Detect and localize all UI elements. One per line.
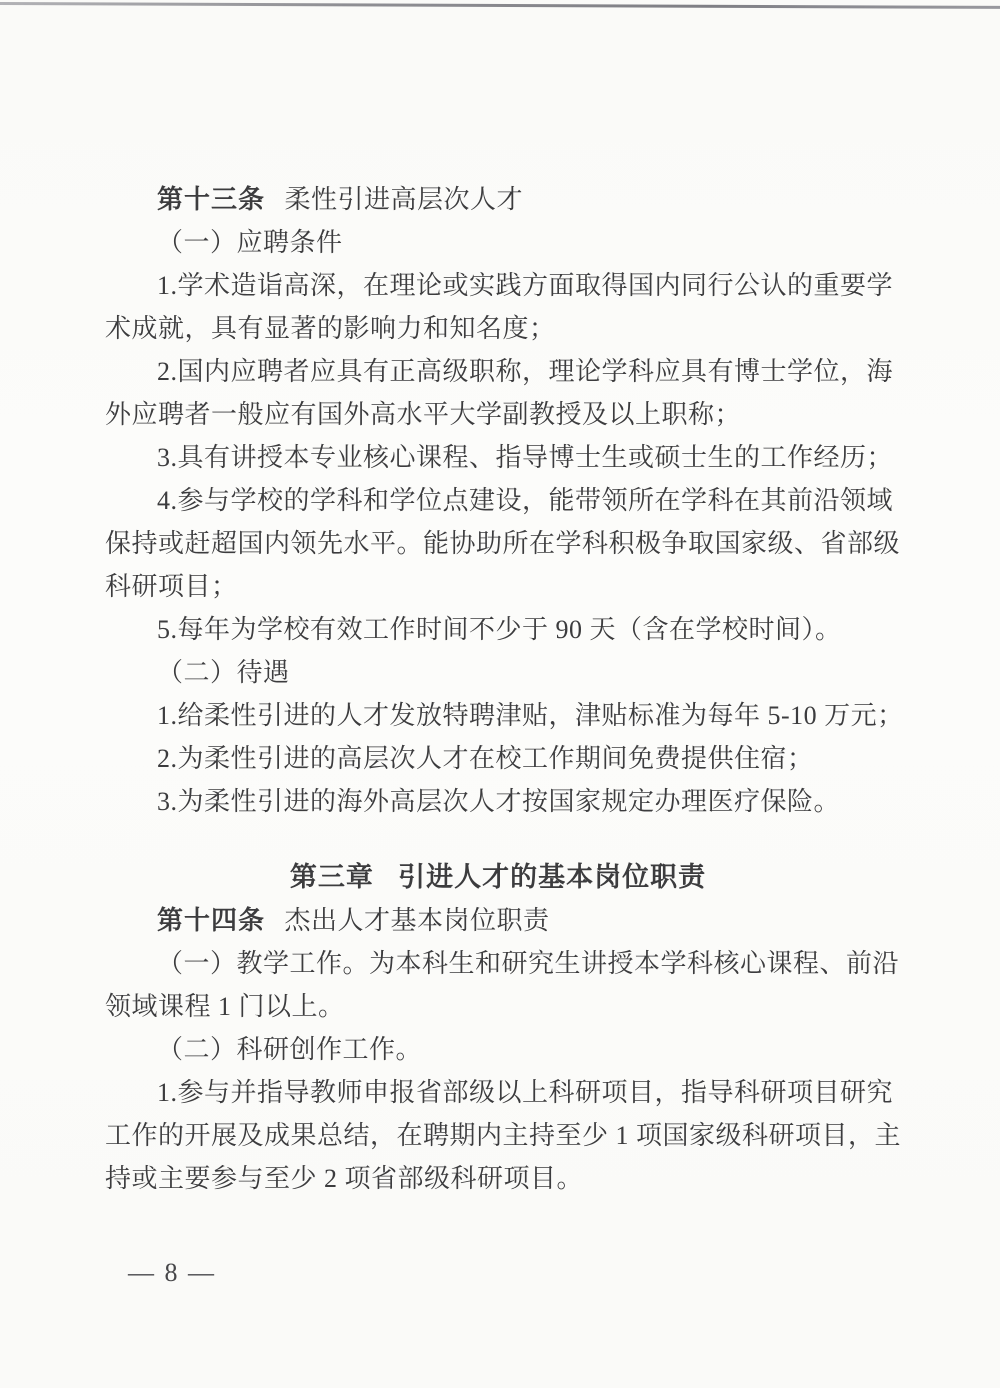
article-14-title: 杰出人才基本岗位职责 bbox=[285, 906, 550, 935]
duty-2-item-1-line-2: 工作的开展及成果总结，在聘期内主持至少 1 项国家级科研项目，主 bbox=[105, 1114, 891, 1157]
benefit-1-line-1: 1.给柔性引进的人才发放特聘津贴，津贴标准为每年 5-10 万元； bbox=[105, 694, 891, 737]
item-4-line-1: 4.参与学校的学科和学位点建设，能带领所在学科在其前沿领域 bbox=[105, 479, 891, 522]
item-4-line-3: 科研项目； bbox=[105, 565, 891, 608]
item-4-line-2: 保持或赶超国内领先水平。能协助所在学科积极争取国家级、省部级 bbox=[105, 522, 891, 565]
chapter-3-title: 引进人才的基本岗位职责 bbox=[398, 862, 706, 892]
document-body: 第十三条柔性引进高层次人才 （一）应聘条件 1.学术造诣高深，在理论或实践方面取… bbox=[105, 178, 891, 1200]
article-14-label: 第十四条 bbox=[157, 905, 265, 935]
article-14-heading: 第十四条杰出人才基本岗位职责 bbox=[105, 899, 891, 942]
chapter-3-label: 第三章 bbox=[290, 862, 374, 892]
item-3-line-1: 3.具有讲授本专业核心课程、指导博士生或硕士生的工作经历； bbox=[105, 436, 891, 479]
scan-artifact-top-line bbox=[0, 2, 1000, 8]
item-2-line-2: 外应聘者一般应有国外高水平大学副教授及以上职称； bbox=[105, 393, 891, 436]
article-13-title: 柔性引进高层次人才 bbox=[285, 185, 524, 214]
item-1-line-2: 术成就，具有显著的影响力和知名度； bbox=[105, 307, 891, 350]
duty-1-line-1: （一）教学工作。为本科生和研究生讲授本学科核心课程、前沿 bbox=[105, 942, 891, 985]
item-5-line-1: 5.每年为学校有效工作时间不少于 90 天（含在学校时间）。 bbox=[105, 608, 891, 651]
section-1-title: （一）应聘条件 bbox=[105, 221, 891, 264]
page-number: — 8 — bbox=[128, 1258, 216, 1288]
article-13-heading: 第十三条柔性引进高层次人才 bbox=[105, 178, 891, 221]
benefit-3-line-1: 3.为柔性引进的海外高层次人才按国家规定办理医疗保险。 bbox=[105, 780, 891, 823]
item-1-line-1: 1.学术造诣高深，在理论或实践方面取得国内同行公认的重要学 bbox=[105, 264, 891, 307]
chapter-3-heading: 第三章引进人才的基本岗位职责 bbox=[105, 856, 891, 899]
section-2-title: （二）待遇 bbox=[105, 651, 891, 694]
item-2-line-1: 2.国内应聘者应具有正高级职称，理论学科应具有博士学位，海 bbox=[105, 350, 891, 393]
scanned-document-page: 第十三条柔性引进高层次人才 （一）应聘条件 1.学术造诣高深，在理论或实践方面取… bbox=[0, 0, 1000, 1388]
duty-2-item-1-line-3: 持或主要参与至少 2 项省部级科研项目。 bbox=[105, 1157, 891, 1200]
benefit-2-line-1: 2.为柔性引进的高层次人才在校工作期间免费提供住宿； bbox=[105, 737, 891, 780]
duty-2-title: （二）科研创作工作。 bbox=[105, 1028, 891, 1071]
duty-2-item-1-line-1: 1.参与并指导教师申报省部级以上科研项目，指导科研项目研究 bbox=[105, 1071, 891, 1114]
article-13-label: 第十三条 bbox=[157, 184, 265, 214]
duty-1-line-2: 领域课程 1 门以上。 bbox=[105, 985, 891, 1028]
